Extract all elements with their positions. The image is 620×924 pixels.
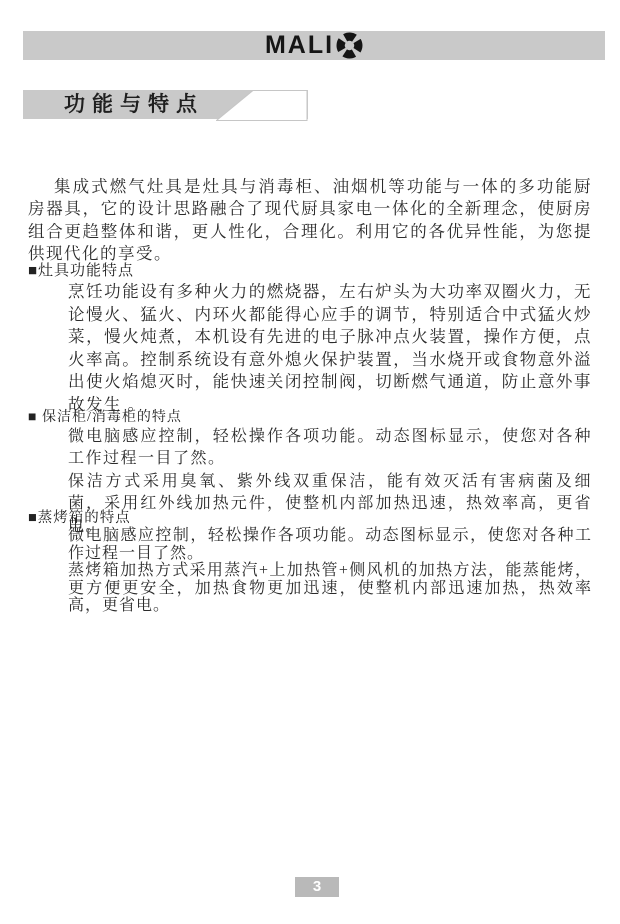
intro-paragraph: 集成式燃气灶具是灶具与消毒柜、油烟机等功能与一体的多功能厨房器具，它的设计思路融… <box>28 176 592 266</box>
malio-logo: MALI <box>265 32 363 59</box>
title-flag-decoration <box>216 90 308 122</box>
section-title-steam-oven: ■蒸烤箱的特点 <box>28 506 131 527</box>
section-body-sterilizer: 微电脑感应控制，轻松操作各项功能。动态图标显示，使您对各种工作过程一目了然。 保… <box>68 426 592 538</box>
paragraph: 蒸烤箱加热方式采用蒸汽+上加热管+侧风机的加热方法，能蒸能烤，更方便更安全，加热… <box>68 562 592 615</box>
segmented-ring-o-icon <box>336 32 363 59</box>
page-title: 功能与特点 <box>64 90 204 119</box>
section-body-steam-oven: 微电脑感应控制，轻松操作各项功能。动态图标显示，使您对各种工作过程一目了然。 蒸… <box>68 527 592 615</box>
paragraph: 微电脑感应控制，轻松操作各项功能。动态图标显示，使您对各种工作过程一目了然。 <box>68 426 592 471</box>
section-title-stove: ■灶具功能特点 <box>28 259 134 280</box>
section-body-stove: 烹饪功能设有多种火力的燃烧器，左右炉头为大功率双圈火力，无论慢火、猛火、内环火都… <box>68 281 592 417</box>
section-title-sterilizer: ■ 保洁柜/消毒柜的特点 <box>28 406 182 426</box>
logo-text: MALI <box>265 33 334 58</box>
section-title-bar: 功能与特点 <box>23 90 308 119</box>
page-number-badge: 3 <box>295 877 339 897</box>
manual-page: MALI 功能与特点 集成式燃气灶具是灶具与消毒柜、油烟机等功能与一体的多功能厨… <box>0 0 620 924</box>
paragraph: 微电脑感应控制，轻松操作各项功能。动态图标显示，使您对各种工作过程一目了然。 <box>68 527 592 562</box>
paragraph: 烹饪功能设有多种火力的燃烧器，左右炉头为大功率双圈火力，无论慢火、猛火、内环火都… <box>68 281 592 417</box>
brand-banner: MALI <box>23 31 605 60</box>
